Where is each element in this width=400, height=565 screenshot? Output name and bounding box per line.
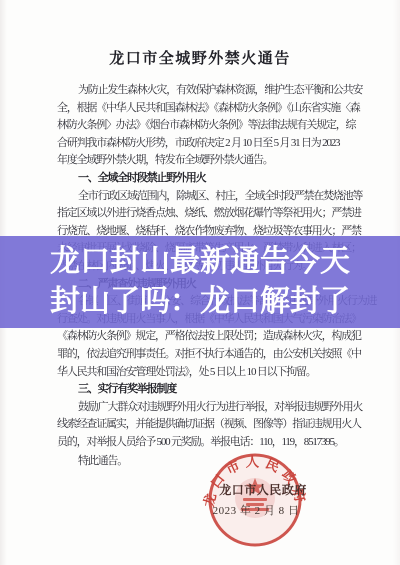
- signature-date: 2023 年 2 月 8 日: [206, 502, 306, 518]
- signature-issuer: 龙口市人民政府: [213, 481, 313, 498]
- scanned-notice-page: 龙口市全城野外禁火通告 为防止发生森林火灾，有效保护森林资源，维护生态平衡和公共…: [0, 0, 400, 565]
- section-heading-3: 三、实行有奖举报制度: [57, 381, 357, 399]
- doc-line: 全，根据《中华人民共和国森林法》《森林防火条例》《山东省实施〈森: [57, 100, 357, 118]
- caption-line-1: 龙口封山最新通告今天: [0, 245, 400, 279]
- doc-line: 合研判我市森林防火形势，市政府决定 2 月 10 日至 5 月 31 日为 20…: [57, 135, 357, 153]
- doc-line: 林防火条例〉办法》《烟台市森林防火条例》等法律法规有关规定，综: [57, 117, 357, 135]
- section-heading-1: 一、全域全时段禁止野外用火: [57, 170, 357, 188]
- doc-line: 员的，对举报人员给予 500 元奖励。举报电话：110，119，8517395。: [57, 434, 357, 452]
- doc-line: 鼓励广大群众对违规野外用火行为进行举报，对举报违规野外用火: [57, 399, 357, 417]
- doc-line: 全市行政区域范围内，除城区、村庄，全域全时段严禁在焚烧池等: [57, 188, 357, 206]
- doc-line: 为防止发生森林火灾，有效保护森林资源，维护生态平衡和公共安: [57, 82, 357, 100]
- doc-line: 线索经查证属实，并能提供确切证据（视频、图像等）指证违规用火人: [57, 416, 357, 434]
- doc-line: 指定区域以外进行烧香点烛、烧纸、燃放烟花爆竹等祭祀用火；严禁进: [57, 205, 357, 223]
- doc-line: 罪的，依法追究刑事责任。对拒不执行本通告的，由公安机关按照《中: [57, 346, 357, 364]
- government-seal: 龙口市人民政府: [202, 450, 308, 550]
- doc-line: 《森林防火条例》规定，严格依法按上限处罚；造成森林火灾，构成犯: [57, 328, 357, 346]
- caption-line-2: 封山了吗：龙口解封了: [0, 285, 400, 319]
- doc-line: 华人民共和国治安管理处罚法》，处 5 日以上 10 日以下拘留。: [57, 364, 357, 382]
- notice-title: 龙口市全城野外禁火通告: [0, 47, 400, 68]
- doc-line: 年度全域野外禁火期，特发布全域野外禁火通告。: [57, 152, 357, 170]
